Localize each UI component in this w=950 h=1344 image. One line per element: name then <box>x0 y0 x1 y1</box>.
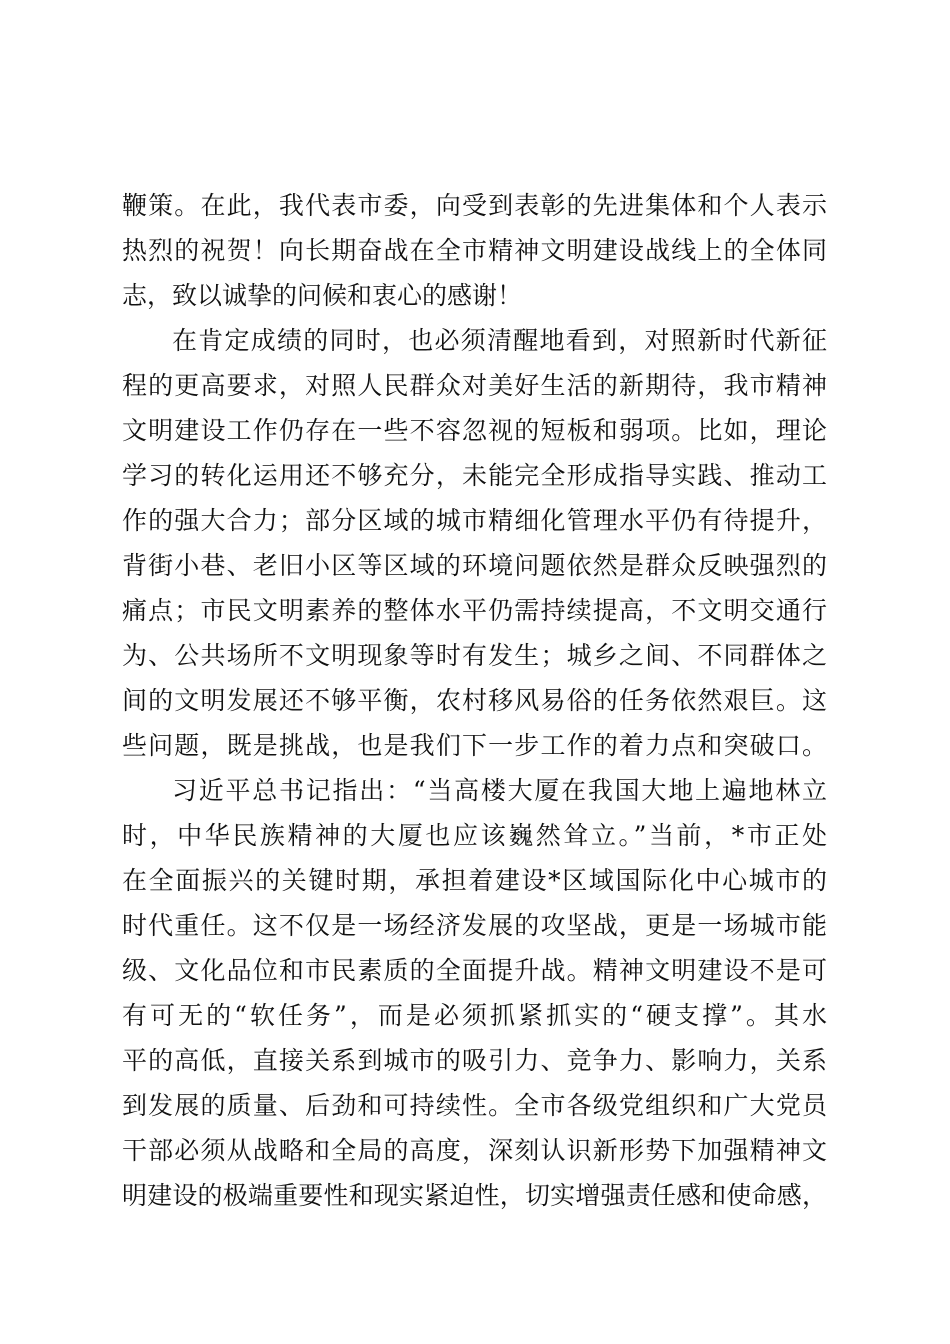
document-page: 鞭策。在此，我代表市委，向受到表彰的先进集体和个人表示热烈的祝贺！向长期奋战在全… <box>0 0 950 1344</box>
text-line: 时，中华民族精神的大厦也应该巍然耸立。”当前，*市正处 <box>122 813 827 858</box>
text-line: 痛点；市民文明素养的整体水平仍需持续提高，不文明交通行 <box>122 588 827 633</box>
text-line: 平的高低，直接关系到城市的吸引力、竞争力、影响力，关系 <box>122 1038 827 1083</box>
text-line: 志，致以诚挚的问候和衷心的感谢！ <box>122 273 827 318</box>
text-line: 背街小巷、老旧小区等区域的环境问题依然是群众反映强烈的 <box>122 543 827 588</box>
text-line: 些问题，既是挑战，也是我们下一步工作的着力点和突破口。 <box>122 723 827 768</box>
text-line: 干部必须从战略和全局的高度，深刻认识新形势下加强精神文 <box>122 1128 827 1173</box>
text-line: 热烈的祝贺！向长期奋战在全市精神文明建设战线上的全体同 <box>122 228 827 273</box>
text-line: 级、文化品位和市民素质的全面提升战。精神文明建设不是可 <box>122 948 827 993</box>
text-line: 程的更高要求，对照人民群众对美好生活的新期待，我市精神 <box>122 363 827 408</box>
text-line: 时代重任。这不仅是一场经济发展的攻坚战，更是一场城市能 <box>122 903 827 948</box>
text-line: 明建设的极端重要性和现实紧迫性，切实增强责任感和使命感， <box>122 1173 827 1218</box>
text-line: 习近平总书记指出：“当高楼大厦在我国大地上遍地林立 <box>122 768 827 813</box>
text-line: 学习的转化运用还不够充分，未能完全形成指导实践、推动工 <box>122 453 827 498</box>
text-line: 在肯定成绩的同时，也必须清醒地看到，对照新时代新征 <box>122 318 827 363</box>
text-line: 鞭策。在此，我代表市委，向受到表彰的先进集体和个人表示 <box>122 183 827 228</box>
text-line: 为、公共场所不文明现象等时有发生；城乡之间、不同群体之 <box>122 633 827 678</box>
text-line: 间的文明发展还不够平衡，农村移风易俗的任务依然艰巨。这 <box>122 678 827 723</box>
text-line: 文明建设工作仍存在一些不容忽视的短板和弱项。比如，理论 <box>122 408 827 453</box>
text-line: 作的强大合力；部分区域的城市精细化管理水平仍有待提升， <box>122 498 827 543</box>
text-line: 到发展的质量、后劲和可持续性。全市各级党组织和广大党员 <box>122 1083 827 1128</box>
document-text-block: 鞭策。在此，我代表市委，向受到表彰的先进集体和个人表示热烈的祝贺！向长期奋战在全… <box>122 183 827 1218</box>
text-line: 在全面振兴的关键时期，承担着建设*区域国际化中心城市的 <box>122 858 827 903</box>
text-line: 有可无的“软任务”，而是必须抓紧抓实的“硬支撑”。其水 <box>122 993 827 1038</box>
